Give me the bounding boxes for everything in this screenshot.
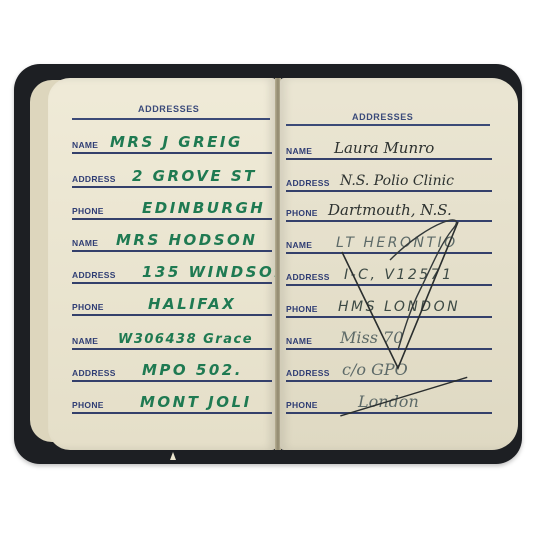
line-rule [72, 412, 272, 414]
name-label: NAME [286, 146, 312, 156]
left-entry-1-phone-row: PHONE EDINBURGH [72, 194, 272, 220]
left-entry-3-phone: MONT JOLI [140, 393, 252, 411]
right-entry-3-name: Miss 70 [340, 328, 403, 347]
right-entry-1-phone: Dartmouth, N.S. [328, 201, 452, 219]
name-label: NAME [286, 240, 312, 250]
line-rule [286, 158, 492, 160]
right-entry-3-phone-row: PHONE London [286, 388, 492, 414]
right-entry-1-name-row: NAME Laura Munro [286, 134, 492, 160]
right-entry-3-name-row: NAME Miss 70 [286, 324, 492, 350]
left-heading-rule [72, 118, 270, 120]
line-rule [286, 380, 492, 382]
right-entry-2-address: I-C, V12571 [344, 267, 453, 283]
left-page-heading: ADDRESSES [138, 104, 199, 114]
address-label: ADDRESS [72, 174, 116, 184]
line-rule [72, 380, 272, 382]
right-entry-3-phone: London [358, 392, 419, 411]
name-label: NAME [72, 238, 98, 248]
left-entry-1-phone: EDINBURGH [142, 199, 265, 217]
right-page: ADDRESSES NAME Laura Munro ADDRESS N.S. … [280, 78, 518, 450]
right-entry-1-name: Laura Munro [334, 139, 434, 157]
left-entry-2-name-row: NAME MRS HODSON [72, 226, 272, 252]
address-label: ADDRESS [286, 368, 330, 378]
left-page: ADDRESSES NAME MRS J GREIG ADDRESS 2 GRO… [48, 78, 276, 450]
left-entry-2-address: 135 WINDSOR [142, 263, 288, 281]
left-entry-2-phone: HALIFAX [148, 295, 236, 313]
right-entry-2-phone: HMS LONDON [338, 299, 460, 315]
right-heading-rule [286, 124, 490, 126]
left-entry-1-address-row: ADDRESS 2 GROVE ST [72, 162, 272, 188]
line-rule [286, 220, 492, 222]
phone-label: PHONE [286, 400, 318, 410]
phone-label: PHONE [72, 302, 104, 312]
line-rule [286, 190, 492, 192]
line-rule [72, 314, 272, 316]
phone-label: PHONE [286, 304, 318, 314]
left-entry-2-name: MRS HODSON [116, 231, 257, 249]
right-entry-3-address-row: ADDRESS c/o GPO [286, 356, 492, 382]
left-entry-3-name-row: NAME W306438 Grace [72, 324, 272, 350]
name-label: NAME [286, 336, 312, 346]
name-label: NAME [72, 140, 98, 150]
right-entry-2-name-row: NAME LT HERONTIO [286, 228, 492, 254]
right-entry-2-name: LT HERONTIO [336, 235, 458, 251]
address-label: ADDRESS [72, 368, 116, 378]
phone-label: PHONE [72, 206, 104, 216]
line-rule [72, 186, 272, 188]
right-entry-1-address: N.S. Polio Clinic [340, 173, 454, 189]
page-notch [170, 452, 176, 460]
address-label: ADDRESS [286, 272, 330, 282]
line-rule [286, 284, 492, 286]
left-entry-3-name: W306438 Grace [118, 332, 253, 347]
left-entry-1-name-row: NAME MRS J GREIG [72, 128, 272, 154]
right-entry-1-phone-row: PHONE Dartmouth, N.S. [286, 196, 492, 222]
line-rule [72, 282, 272, 284]
left-entry-1-address: 2 GROVE ST [132, 167, 257, 185]
line-rule [286, 316, 492, 318]
right-entry-2-phone-row: PHONE HMS LONDON [286, 292, 492, 318]
phone-label: PHONE [286, 208, 318, 218]
left-entry-3-address: MPO 502. [142, 361, 243, 379]
line-rule [286, 252, 492, 254]
left-entry-2-phone-row: PHONE HALIFAX [72, 290, 272, 316]
right-entry-1-address-row: ADDRESS N.S. Polio Clinic [286, 166, 492, 192]
line-rule [286, 412, 492, 414]
phone-label: PHONE [72, 400, 104, 410]
left-entry-2-address-row: ADDRESS 135 WINDSOR [72, 258, 272, 284]
left-entry-1-name: MRS J GREIG [110, 133, 243, 151]
name-label: NAME [72, 336, 98, 346]
right-page-heading: ADDRESSES [352, 112, 413, 122]
right-entry-3-address: c/o GPO [342, 360, 408, 379]
left-entry-3-address-row: ADDRESS MPO 502. [72, 356, 272, 382]
line-rule [72, 218, 272, 220]
line-rule [72, 250, 272, 252]
left-entry-3-phone-row: PHONE MONT JOLI [72, 388, 272, 414]
address-label: ADDRESS [286, 178, 330, 188]
line-rule [72, 152, 272, 154]
line-rule [72, 348, 272, 350]
address-label: ADDRESS [72, 270, 116, 280]
right-entry-2-address-row: ADDRESS I-C, V12571 [286, 260, 492, 286]
line-rule [286, 348, 492, 350]
